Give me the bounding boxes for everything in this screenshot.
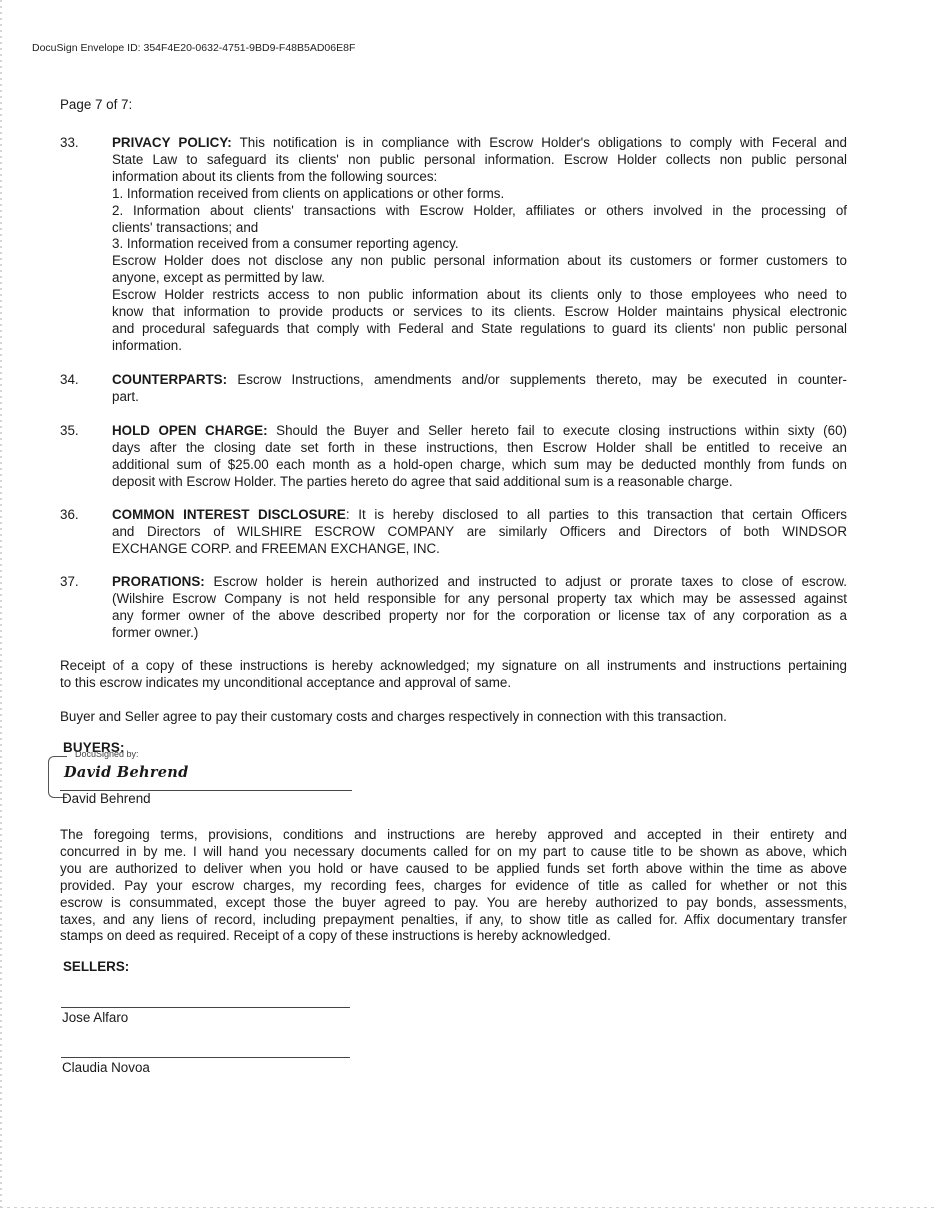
buyer-signature: David Behrend — [64, 764, 189, 781]
paragraph-line: concurred in by me. I will hand you nece… — [60, 844, 847, 861]
clause-line: COMMON INTEREST DISCLOSURE: It is hereby… — [112, 507, 847, 524]
costs-agreement: Buyer and Seller agree to pay their cust… — [60, 709, 847, 726]
seller-2-signature-line — [61, 1057, 350, 1058]
docusign-signed-by-tag: DocuSigned by: — [75, 749, 139, 759]
clause-line: Escrow Holder does not disclose any non … — [112, 253, 847, 270]
clause-33-privacy-policy: 33. PRIVACY POLICY: This notification is… — [60, 135, 847, 355]
clause-line: days after the closing date set forth in… — [112, 440, 847, 457]
clause-line: PRIVACY POLICY: This notification is in … — [112, 135, 847, 152]
seller-2-printed-name: Claudia Novoa — [62, 1060, 150, 1075]
paragraph-line: to this escrow indicates my unconditiona… — [60, 675, 847, 692]
clause-heading: COUNTERPARTS: — [112, 372, 227, 387]
docusign-envelope-id: DocuSign Envelope ID: 354F4E20-0632-4751… — [32, 42, 355, 54]
paragraph-line: you are authorized to deliver when you h… — [60, 861, 847, 878]
clause-number: 34. — [60, 372, 100, 389]
paragraph-line: provided. Pay your escrow charges, my re… — [60, 878, 847, 895]
scan-left-edge — [0, 0, 2, 1210]
clause-line: any former owner of the above described … — [112, 608, 847, 625]
clause-line: anyone, except as permitted by law. — [112, 270, 847, 287]
clause-heading: PRORATIONS: — [112, 574, 205, 589]
clause-35-hold-open-charge: 35. HOLD OPEN CHARGE: Should the Buyer a… — [60, 423, 847, 491]
clause-line: Escrow Holder restricts access to non pu… — [112, 287, 847, 304]
clause-number: 35. — [60, 423, 100, 440]
clause-line: know that information to provide product… — [112, 304, 847, 321]
clause-line: information about its clients from the f… — [112, 169, 847, 186]
clause-number: 33. — [60, 135, 100, 152]
clause-line: HOLD OPEN CHARGE: Should the Buyer and S… — [112, 423, 847, 440]
paragraph-line: escrow is consummated, except those the … — [60, 895, 847, 912]
scan-bottom-edge — [0, 1207, 935, 1208]
paragraph-line: taxes, and any liens of record, includin… — [60, 912, 847, 929]
clause-line: deposit with Escrow Holder. The parties … — [112, 474, 847, 491]
clause-line: former owner.) — [112, 625, 847, 642]
foregoing-terms-paragraph: The foregoing terms, provisions, conditi… — [60, 827, 847, 945]
clause-heading: COMMON INTEREST DISCLOSURE — [112, 507, 346, 522]
paragraph-line: stamps on deed as required. Receipt of a… — [60, 928, 847, 945]
clause-number: 37. — [60, 574, 100, 591]
clause-line: and procedural safeguards that comply wi… — [112, 321, 847, 338]
paragraph-line: The foregoing terms, provisions, conditi… — [60, 827, 847, 844]
clause-heading: HOLD OPEN CHARGE: — [112, 423, 268, 438]
clause-line: 3. Information received from a consumer … — [112, 236, 847, 253]
clause-line: (Wilshire Escrow Company is not held res… — [112, 591, 847, 608]
clause-line: State Law to safeguard its clients' non … — [112, 152, 847, 169]
clause-line: part. — [112, 389, 847, 406]
seller-1-signature-line — [61, 1007, 350, 1008]
clause-line: COUNTERPARTS: Escrow Instructions, amend… — [112, 372, 847, 389]
clause-line: EXCHANGE CORP. and FREEMAN EXCHANGE, INC… — [112, 541, 847, 558]
page-number: Page 7 of 7: — [60, 97, 132, 112]
paragraph-line: Receipt of a copy of these instructions … — [60, 658, 847, 675]
clause-line: information. — [112, 338, 847, 355]
clause-heading: PRIVACY POLICY: — [112, 135, 232, 150]
buyer-printed-name: David Behrend — [62, 791, 151, 806]
clause-34-counterparts: 34. COUNTERPARTS: Escrow Instructions, a… — [60, 372, 847, 406]
clause-line: PRORATIONS: Escrow holder is herein auth… — [112, 574, 847, 591]
clause-36-common-interest-disclosure: 36. COMMON INTEREST DISCLOSURE: It is he… — [60, 507, 847, 558]
clause-line: and Directors of WILSHIRE ESCROW COMPANY… — [112, 524, 847, 541]
receipt-acknowledgement: Receipt of a copy of these instructions … — [60, 658, 847, 692]
seller-1-printed-name: Jose Alfaro — [62, 1010, 128, 1025]
clause-line: additional sum of $25.00 each month as a… — [112, 457, 847, 474]
clause-line: 1. Information received from clients on … — [112, 186, 847, 203]
clause-line: 2. Information about clients' transactio… — [112, 203, 847, 220]
sellers-label: SELLERS: — [63, 959, 129, 974]
clause-number: 36. — [60, 507, 100, 524]
clause-37-prorations: 37. PRORATIONS: Escrow holder is herein … — [60, 574, 847, 642]
clause-line: clients' transactions; and — [112, 220, 847, 237]
